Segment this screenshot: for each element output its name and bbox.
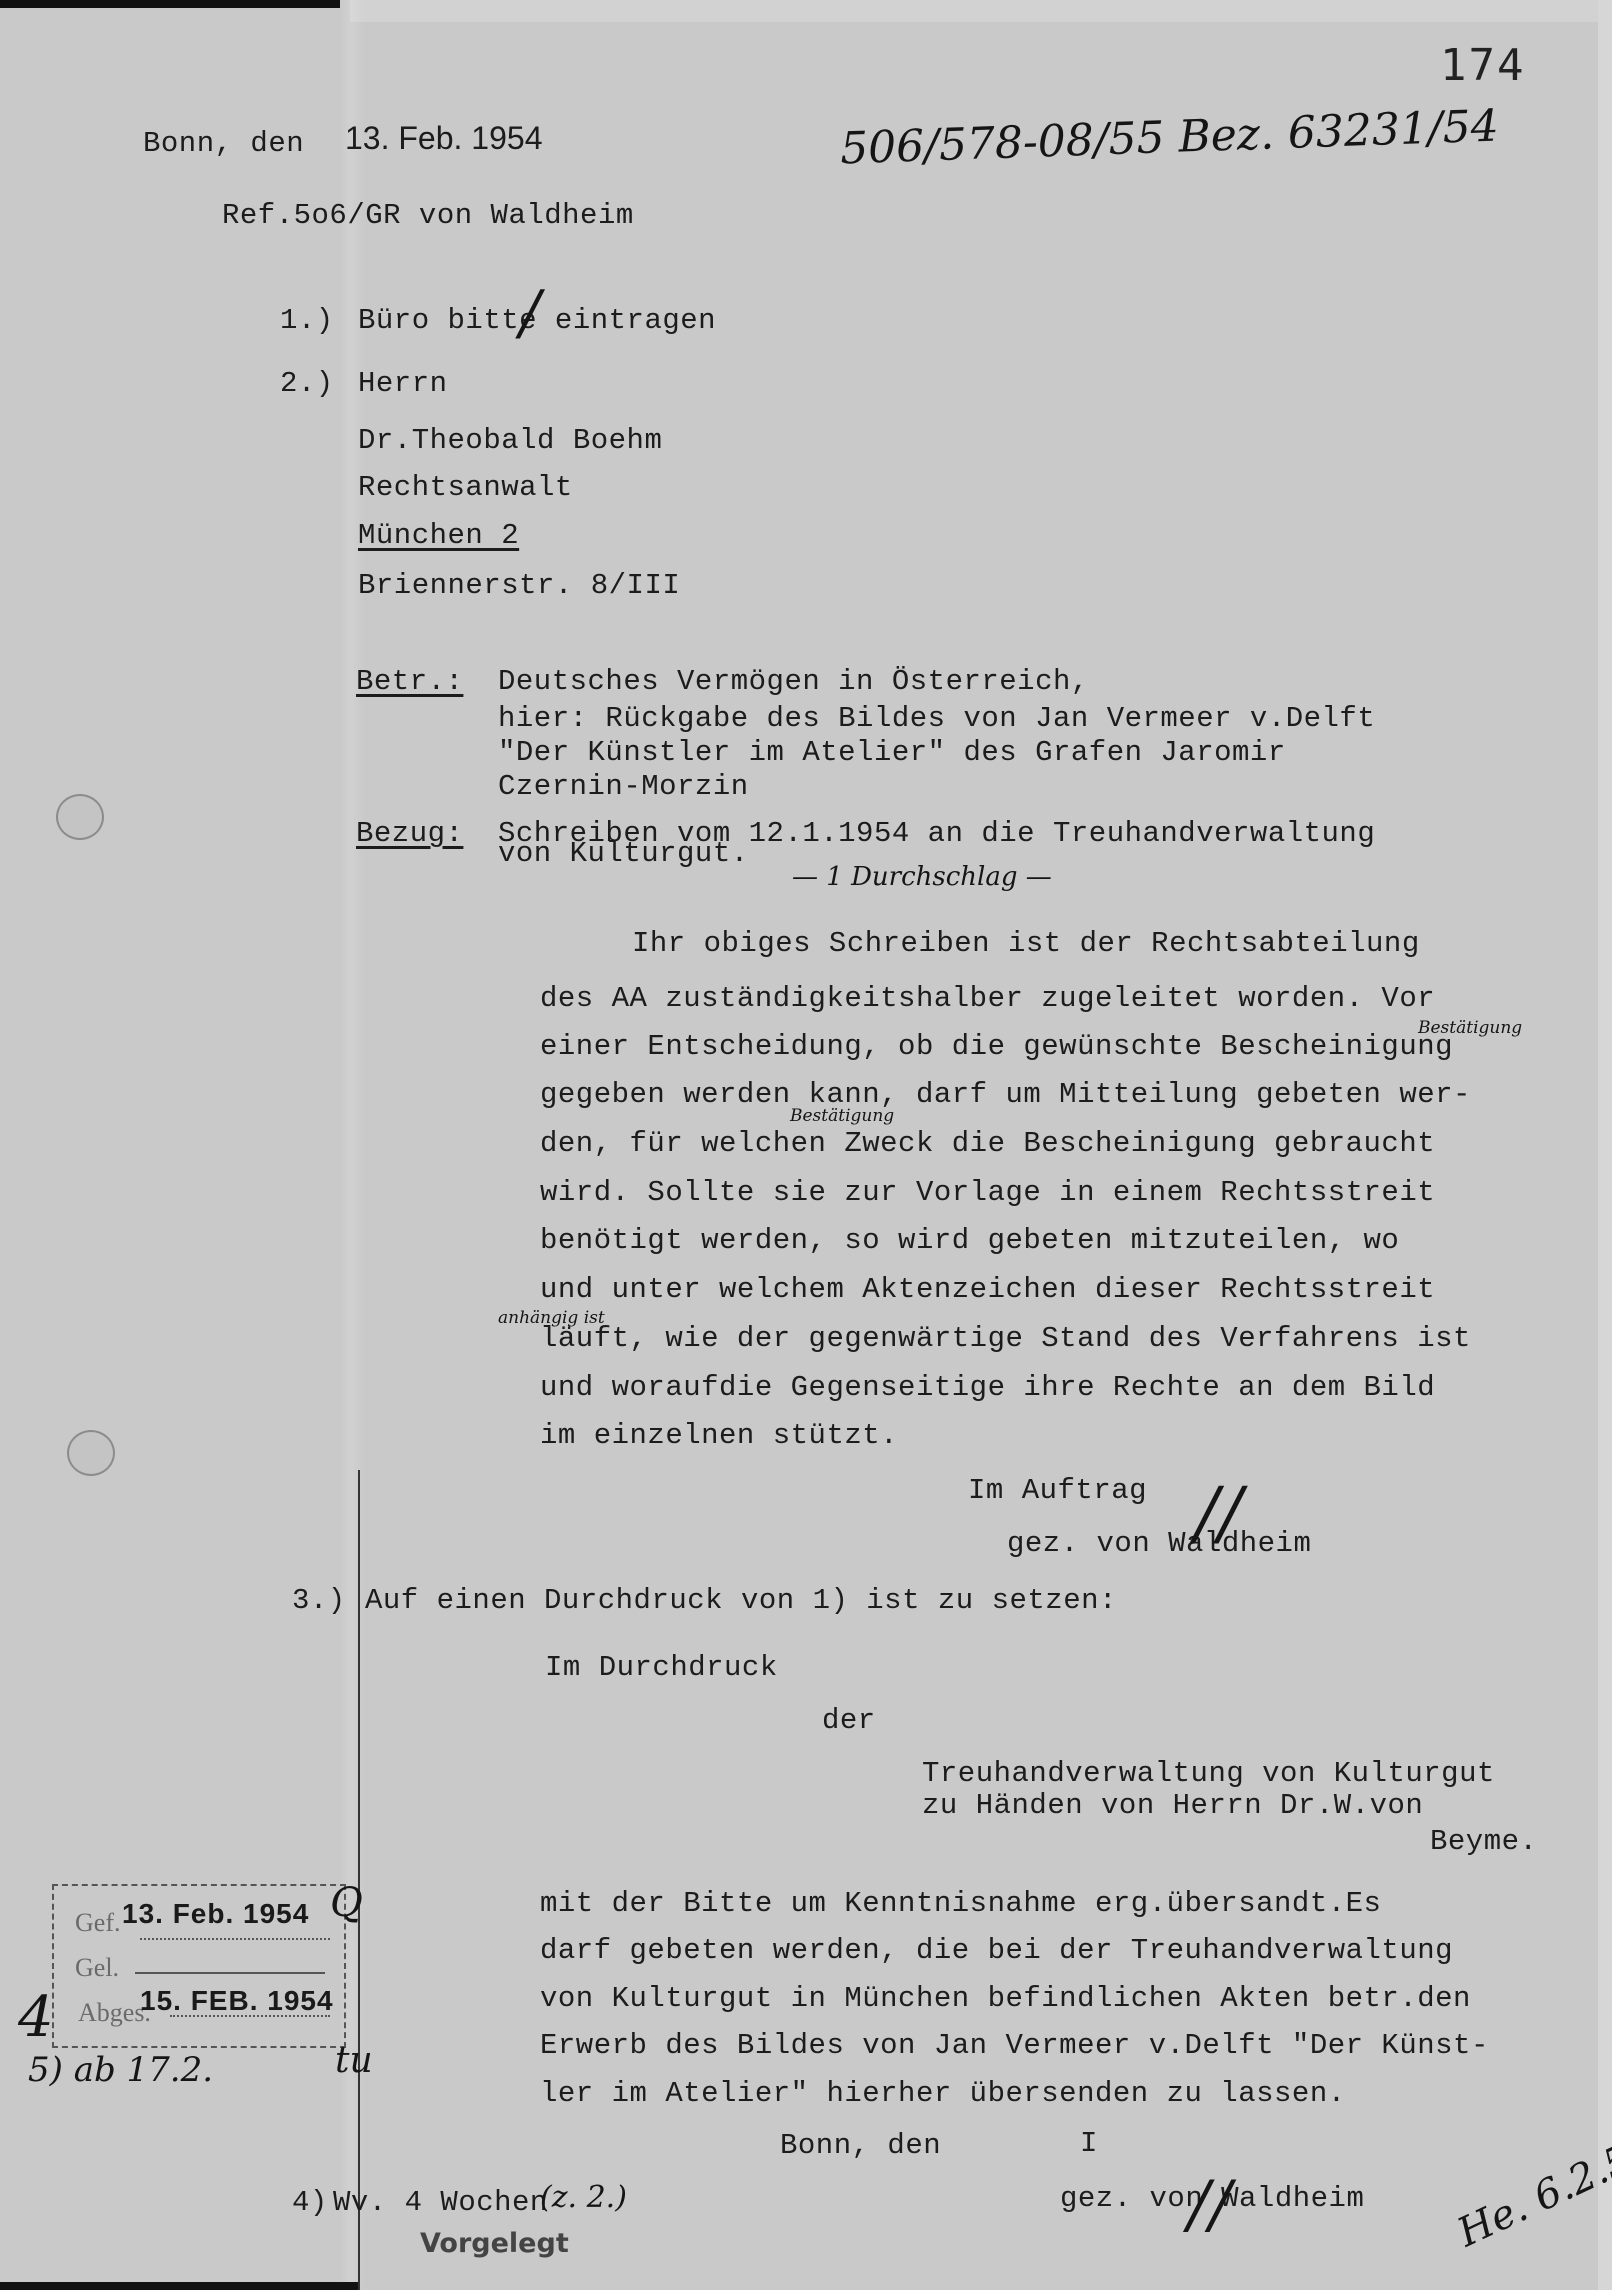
body-line: im einzelnen stützt. — [540, 1420, 898, 1452]
scan-border-top — [0, 0, 340, 8]
reference-label: Bezug: — [356, 818, 463, 850]
step3-body-line: Erwerb des Bildes von Jan Vermeer v.Delf… — [540, 2030, 1489, 2062]
addressee-city: München 2 — [358, 520, 519, 552]
recipient-line: Beyme. — [1430, 1826, 1537, 1858]
instruction-1-number: 1.) — [280, 305, 334, 337]
body-line: läuft, wie der gegenwärtige Stand des Ve… — [540, 1323, 1471, 1355]
step4-text: Wv. 4 Wochen — [333, 2187, 548, 2219]
addressee-name: Dr.Theobald Boehm — [358, 425, 662, 457]
handwritten-copy-note: — 1 Durchschlag — — [792, 862, 1052, 892]
correction-insert: Bestätigung — [1418, 1018, 1522, 1038]
body-line: gegeben werden kann, darf um Mitteilung … — [540, 1079, 1471, 1111]
stamp-label-gef: Gef. — [75, 1908, 120, 1938]
instruction-2-number: 2.) — [280, 368, 334, 400]
subject-line: Deutsches Vermögen in Österreich, — [498, 666, 1089, 698]
signature-mark-icon: // — [1188, 2168, 1231, 2242]
subject-line: "Der Künstler im Atelier" des Grafen Jar… — [498, 737, 1286, 769]
body-line: Ihr obiges Schreiben ist der Rechtsabtei… — [632, 928, 1420, 960]
body-line: einer Entscheidung, ob die gewünschte Be… — [540, 1031, 1453, 1063]
folio-number: 174 — [1440, 40, 1525, 91]
subject-line: hier: Rückgabe des Bildes von Jan Vermee… — [498, 703, 1375, 735]
body-line: des AA zuständigkeitshalber zugeleitet w… — [540, 983, 1435, 1015]
place-date-prefix: Bonn, den — [143, 128, 304, 160]
body-line: und woraufdie Gegenseitige ihre Rechte a… — [540, 1372, 1435, 1404]
reference: Ref.5o6/GR von Waldheim — [222, 200, 634, 232]
addressee-street: Briennerstr. 8/III — [358, 570, 680, 602]
step3-body-line: von Kulturgut in München befindlichen Ak… — [540, 1983, 1471, 2015]
body-line: und unter welchem Aktenzeichen dieser Re… — [540, 1274, 1435, 1306]
checkmark-icon: / — [520, 278, 540, 348]
step3-place-date: Bonn, den — [780, 2130, 941, 2162]
stamp-rule — [140, 1938, 330, 1940]
body-line: den, für welchen Zweck die Bescheinigung… — [540, 1128, 1435, 1160]
date-stamp: 13. Feb. 1954 — [345, 122, 542, 154]
step3-body-line: darf gebeten werden, die bei der Treuhan… — [540, 1935, 1453, 1967]
step3-date-mark: I — [1080, 2128, 1098, 2160]
stamp-abges-date: 15. FEB. 1954 — [140, 1985, 334, 2017]
body-line: wird. Sollte sie zur Vorlage in einem Re… — [540, 1177, 1435, 1209]
punch-hole-upper — [56, 794, 104, 840]
vorgelegt-stamp: Vorgelegt — [420, 2228, 569, 2259]
stamp-rule — [135, 1972, 325, 1974]
reference-line: von Kulturgut. — [498, 838, 749, 870]
margin-number: 4 — [18, 1985, 54, 2050]
step4-number: 4) — [292, 2187, 328, 2219]
step3-number: 3.) — [292, 1585, 346, 1617]
stamp-label-gel: Gel. — [75, 1953, 119, 1983]
der: der — [822, 1705, 876, 1737]
signature-mark-icon: // — [1195, 1472, 1242, 1554]
addressee-title: Rechtsanwalt — [358, 472, 573, 504]
subject-line: Czernin-Morzin — [498, 771, 749, 803]
closing-line: Im Auftrag — [968, 1475, 1147, 1507]
step4-handwritten-note: (z. 2.) — [540, 2180, 627, 2215]
closing-signature: gez. von Waldheim — [1007, 1528, 1311, 1560]
stamp-rule — [170, 2015, 330, 2017]
subject-label: Betr.: — [356, 666, 463, 698]
step3-body-line: ler im Atelier" hierher übersenden zu la… — [540, 2078, 1346, 2110]
stamp-initial-mark: Q — [330, 1880, 363, 1926]
stamp-gef-date: 13. Feb. 1954 — [122, 1898, 309, 1930]
recipient-line: zu Händen von Herrn Dr.W.von — [922, 1790, 1423, 1822]
correction-insert: Bestätigung — [790, 1106, 894, 1126]
body-line: benötigt werden, so wird gebeten mitzute… — [540, 1225, 1399, 1257]
recipient-line: Treuhandverwaltung von Kulturgut — [922, 1758, 1495, 1790]
step3-body-line: mit der Bitte um Kenntnisnahme erg.übers… — [540, 1888, 1381, 1920]
punch-hole-lower — [67, 1430, 115, 1476]
im-durchdruck: Im Durchdruck — [545, 1652, 778, 1684]
scan-border-bottom — [0, 2282, 360, 2290]
stamp-initial-mark: tu — [335, 2040, 373, 2081]
margin-note-line5: 5) ab 17.2. — [28, 2050, 213, 2090]
step3-text: Auf einen Durchdruck von 1) ist zu setze… — [365, 1585, 1117, 1617]
instruction-2-text: Herrn — [358, 368, 448, 400]
